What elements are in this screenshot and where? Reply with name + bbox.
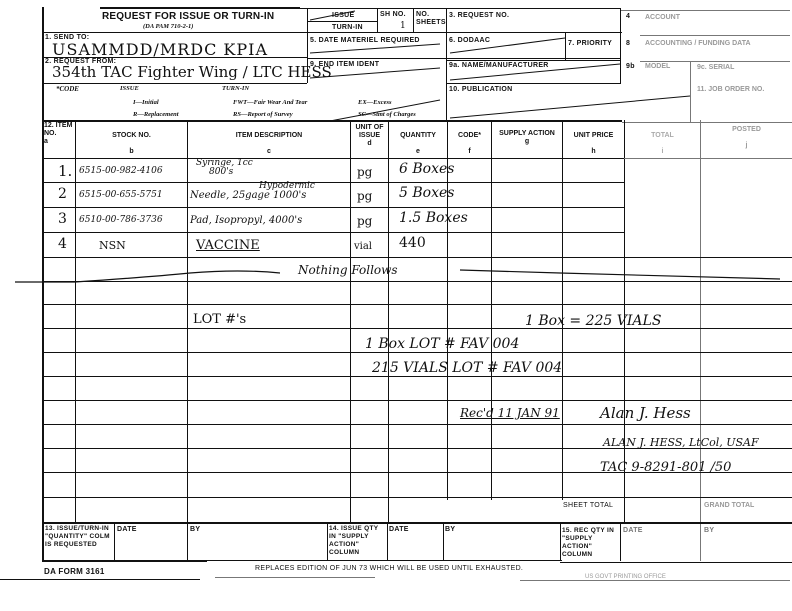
code-legend-sc: SC—Stmt of Charges [358, 111, 416, 118]
issue-qty-date-label: DATE [389, 526, 409, 534]
lot-note-line2: 215 VIALS LOT # FAV 004 [372, 360, 562, 376]
signature: Alan J. Hess [600, 404, 691, 422]
date-materiel-required-label: 5. DATE MATERIEL REQUIRED [310, 37, 420, 45]
item-description-cell-line2[interactable]: 800's [209, 167, 233, 177]
dodaac-label: 6. DODAAC [449, 37, 490, 45]
column-header-stock-no: STOCK NO.b [76, 132, 187, 156]
end-item-ident-label: 9. END ITEM IDENT [310, 61, 379, 69]
rec-qty-date-label: DATE [623, 527, 643, 535]
lot-numbers-heading: LOT #'s [193, 312, 246, 327]
signer-phone: TAC 9-8291-801 /50 [600, 460, 731, 475]
quantity-cell[interactable]: 1.5 Boxes [399, 210, 468, 226]
unit-of-issue-cell[interactable]: pg [357, 165, 372, 179]
code-legend-fwt: FWT—Fair Wear And Tear [233, 99, 307, 106]
rec-qty-supply-action-label: 15. REC QTY IN "SUPPLY ACTION" COLUMN [562, 527, 620, 559]
table-row: 2 6515-00-655-5751 Hypodermic Needle, 25… [44, 183, 624, 207]
column-header-code: CODE*f [448, 132, 491, 156]
field-11-label: 11. JOB ORDER NO. [697, 86, 764, 94]
requisition-form: REQUEST FOR ISSUE OR TURN-IN (DA PAM 710… [0, 0, 792, 611]
item-description-cell[interactable]: VACCINE [196, 238, 260, 253]
sheet-no-label: SH NO. [380, 11, 410, 19]
priority-label: 7. PRIORITY [568, 40, 612, 48]
column-header-posted: POSTEDj [701, 126, 792, 150]
quantity-cell[interactable]: 5 Boxes [399, 185, 454, 201]
field-8-label: ACCOUNTING / FUNDING DATA [645, 40, 751, 48]
column-header-supply-action: SUPPLY ACTIONg [492, 130, 562, 146]
field-9b-label: MODEL [645, 63, 670, 71]
quantity-cell[interactable]: 440 [399, 235, 426, 251]
item-no-cell[interactable]: 1. [58, 162, 72, 180]
issue-date-label: DATE [117, 526, 137, 534]
field-9c-label: 9c. SERIAL [697, 64, 734, 72]
column-header-unit-of-issue: UNIT OF ISSUEd [351, 124, 388, 148]
stock-no-cell[interactable]: 6510-00-786-3736 [79, 215, 163, 225]
issue-by-label: BY [190, 526, 200, 534]
field-4-label: ACCOUNT [645, 14, 680, 22]
sheet-no-value[interactable]: 1 [400, 21, 406, 31]
unit-of-issue-cell[interactable]: vial [354, 241, 372, 252]
stock-no-cell[interactable]: NSN [99, 239, 126, 252]
nothing-follows-text: Nothing Follows [298, 263, 398, 277]
lot-note-line1: 1 Box LOT # FAV 004 [365, 336, 519, 352]
column-header-quantity: QUANTITYe [389, 132, 447, 156]
item-no-cell[interactable]: 2 [58, 186, 67, 202]
no-sheets-label: NO. SHEETS [416, 11, 446, 27]
box-equivalence-note: 1 Box = 225 VIALS [525, 313, 661, 329]
grand-total-label: GRAND TOTAL [704, 502, 754, 510]
issue-checkbox-label[interactable]: ISSUE [332, 12, 355, 20]
send-to-value[interactable]: USAMMDD/MRDC KPIA [52, 40, 268, 59]
code-legend-label: *CODE [56, 85, 79, 93]
sheet-total-label: SHEET TOTAL [563, 502, 613, 510]
signer-name: ALAN J. HESS, LtCol, USAF [603, 436, 759, 449]
column-header-item-description: ITEM DESCRIPTIONc [188, 132, 350, 156]
form-title: REQUEST FOR ISSUE OR TURN-IN [102, 11, 274, 22]
table-row: 4 NSN VACCINE vial 440 [44, 233, 624, 257]
form-number: DA FORM 3161 [44, 568, 105, 576]
govt-printing-office-note: US GOVT PRINTING OFFICE [585, 573, 666, 581]
received-date: Rec'd 11 JAN 91 [460, 406, 560, 420]
field-4-number: 4 [626, 13, 630, 21]
quantity-cell[interactable]: 6 Boxes [399, 161, 454, 177]
column-header-item-no: 12. ITEM NO.a [44, 122, 75, 146]
item-no-cell[interactable]: 4 [58, 236, 67, 252]
name-manufacturer-label: 9a. NAME/MANUFACTURER [449, 62, 549, 70]
issue-turnin-quantity-label: 13. ISSUE/TURN-IN "QUANTITY" COLM IS REQ… [45, 525, 113, 549]
code-legend-issue: ISSUE [120, 85, 139, 92]
turnin-checkbox-label[interactable]: TURN-IN [332, 24, 363, 32]
form-subtitle: (DA PAM 710-2-1) [143, 23, 193, 30]
replaces-edition-note: REPLACES EDITION OF JUN 73 WHICH WILL BE… [255, 565, 523, 573]
field-9b-number: 9b [626, 63, 635, 71]
column-header-unit-price: UNIT PRICEh [563, 132, 624, 156]
item-no-cell[interactable]: 3 [58, 211, 67, 227]
unit-of-issue-cell[interactable]: pg [357, 189, 372, 203]
table-row: 3 6510-00-786-3736 Pad, Isopropyl, 4000'… [44, 208, 624, 232]
code-legend-initial: I—Initial [133, 99, 159, 106]
code-legend-ex: EX—Excess [358, 99, 392, 106]
request-no-label: 3. REQUEST NO. [449, 12, 509, 20]
column-header-total: TOTALi [625, 132, 700, 156]
stock-no-cell[interactable]: 6515-00-655-5751 [79, 190, 163, 200]
item-description-cell[interactable]: Pad, Isopropyl, 4000's [190, 215, 302, 226]
issue-qty-by-label: BY [445, 526, 455, 534]
rec-qty-by-label: BY [704, 527, 714, 535]
stock-no-cell[interactable]: 6515-00-982-4106 [79, 166, 163, 176]
code-legend-replacement: R—Replacement [133, 111, 179, 118]
table-row: 1. 6515-00-982-4106 Syringe, 1cc 800's p… [44, 159, 624, 182]
code-legend-turnin: TURN-IN [222, 85, 249, 92]
unit-of-issue-cell[interactable]: pg [357, 214, 372, 228]
field-8-number: 8 [626, 40, 630, 48]
publication-label: 10. PUBLICATION [449, 86, 513, 94]
request-from-value[interactable]: 354th TAC Fighter Wing / LTC HESS [52, 63, 332, 81]
item-description-cell[interactable]: Needle, 25gage 1000's [190, 190, 306, 201]
issue-qty-supply-action-label: 14. ISSUE QTY IN "SUPPLY ACTION" COLUMN [329, 525, 387, 557]
code-legend-rs: RS—Report of Survey [233, 111, 293, 118]
